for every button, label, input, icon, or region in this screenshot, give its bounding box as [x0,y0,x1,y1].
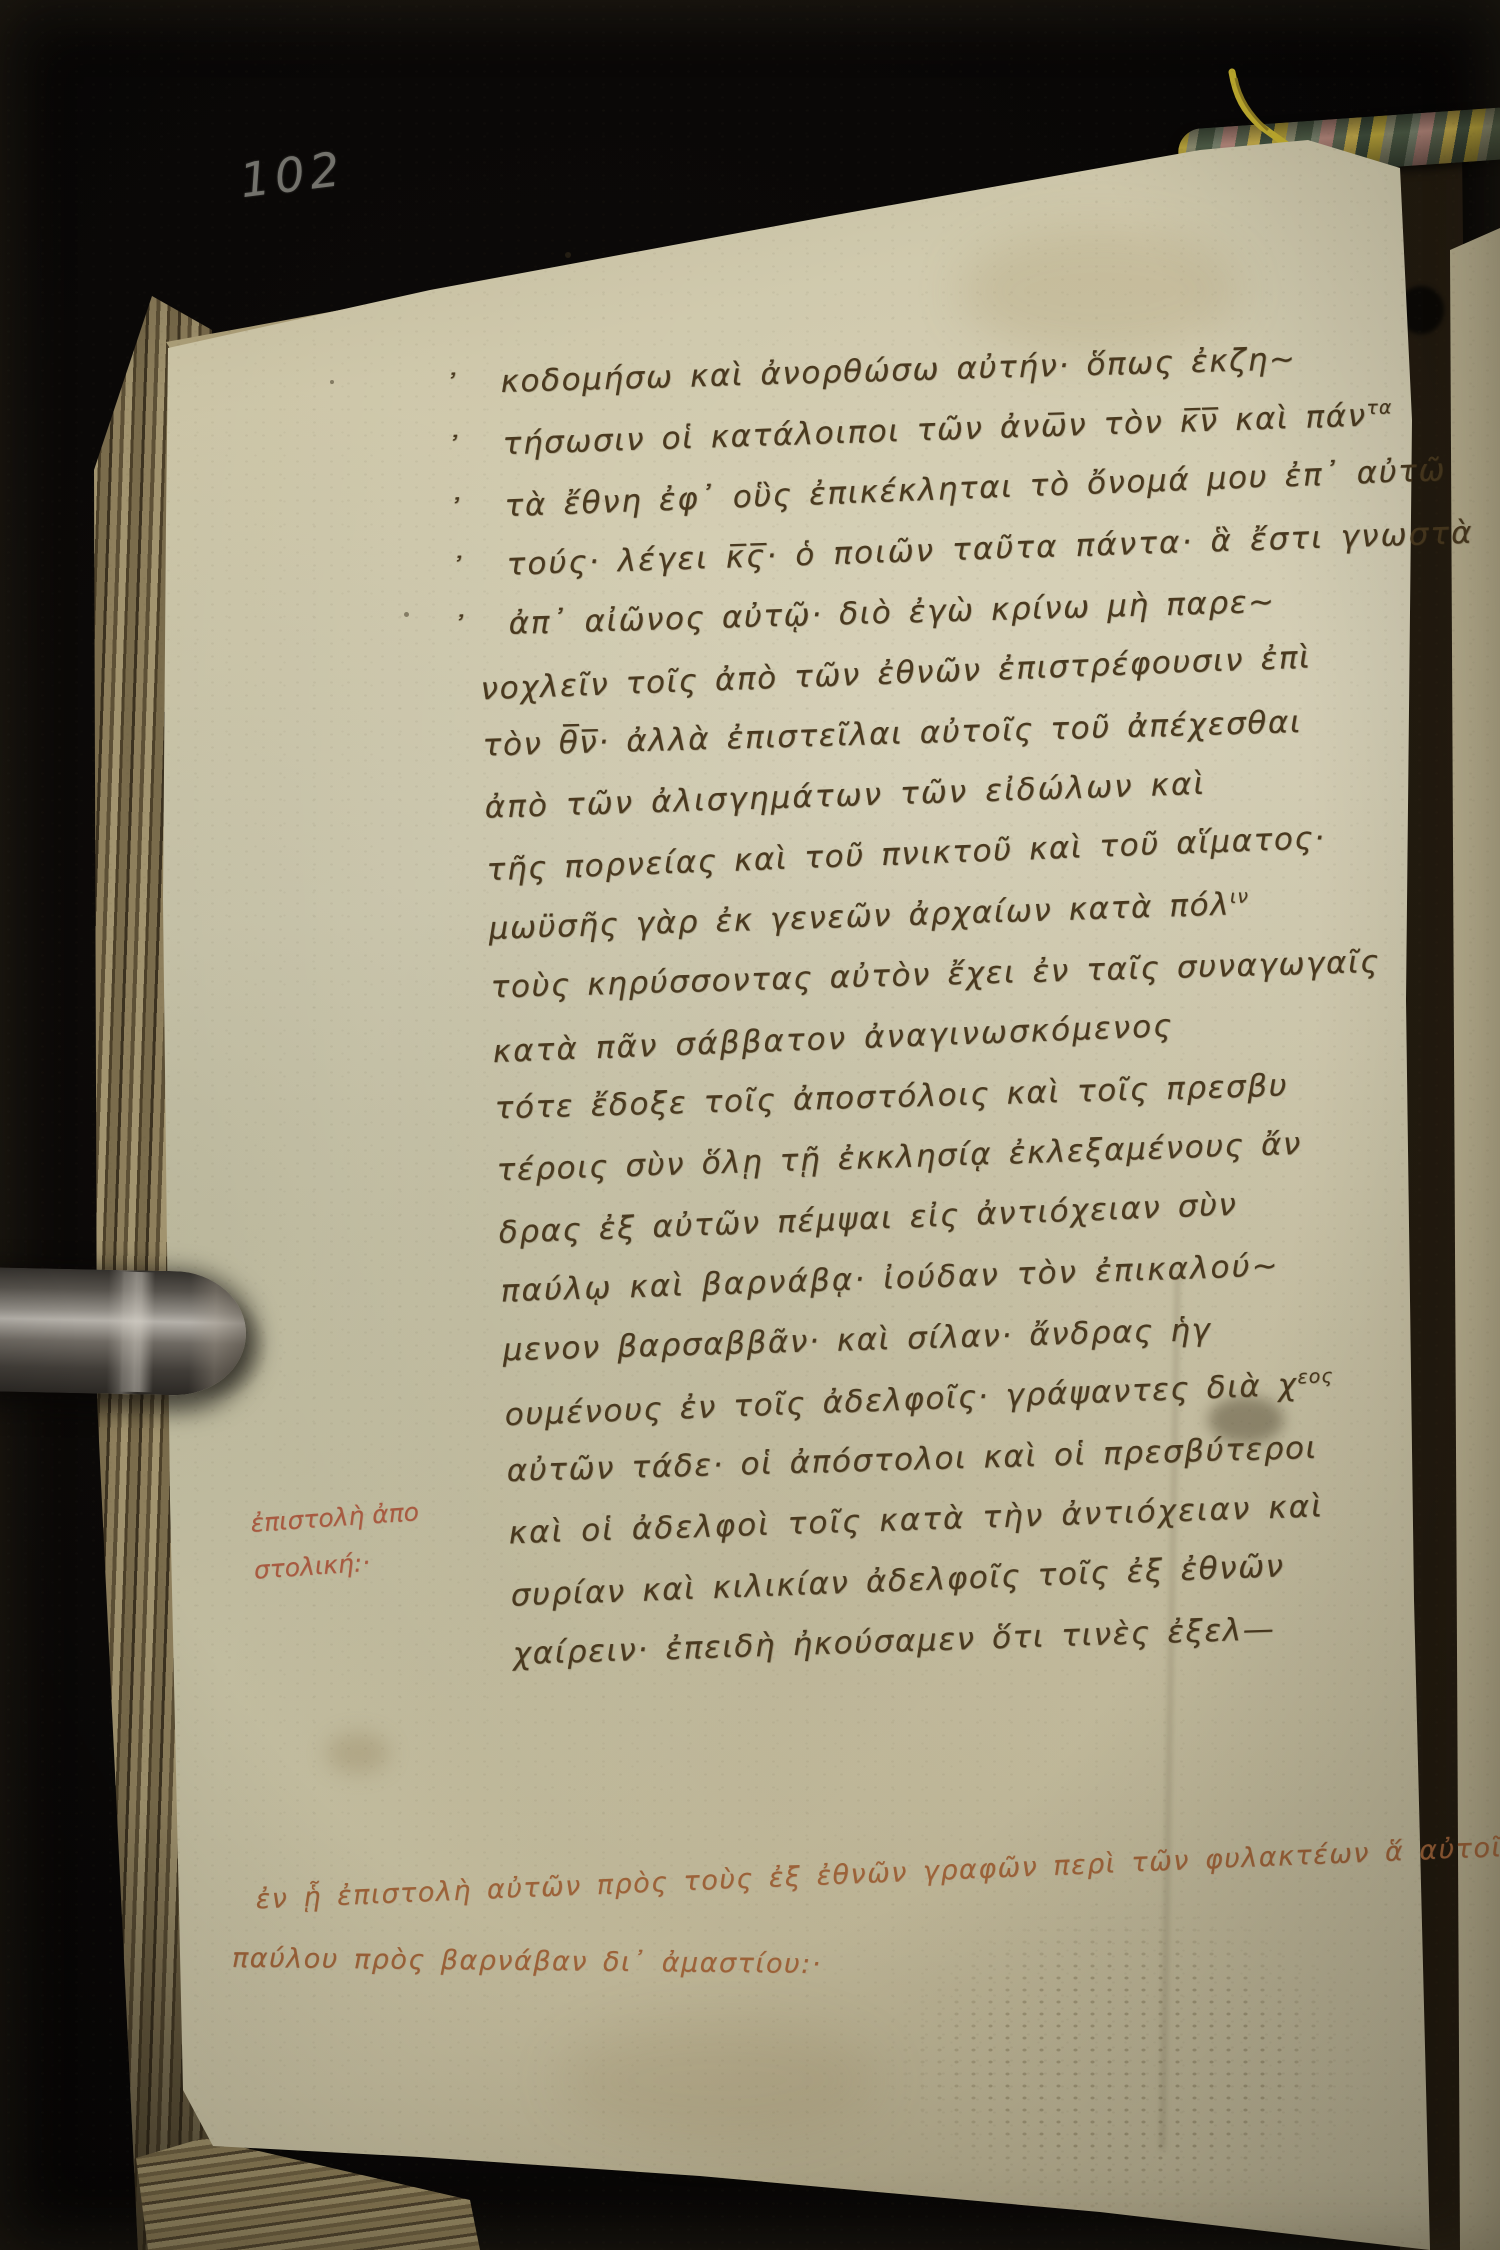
parchment-follicle-speckles [880,1900,1380,2230]
quotation-diple-mark: ᾽ [445,431,463,467]
abbreviation-superscript: τα [1366,396,1393,419]
abbreviation-superscript: εος [1297,1365,1334,1388]
glass-rod-highlight [119,1272,156,1393]
abbreviation-superscript: ιν [1229,885,1249,908]
stain [560,2020,880,2140]
ink-fleck [330,380,334,384]
quotation-diple-mark: ᾽ [449,552,467,588]
quotation-diple-mark: ᾽ [447,494,465,530]
stain [326,1732,390,1774]
manuscript-text-block: ᾽κοδομήσω καὶ ἀνορθώσω αὐτήν· ὅπως ἐκζη~… [470,334,1474,1696]
bottom-rubric-line-2: παύλου πρὸς βαρνάβαν δι᾽ ἀμαστίου:· [232,1943,822,1980]
quotation-diple-mark: ᾽ [443,369,461,404]
ink-fleck [404,612,409,617]
stain [960,226,1240,356]
ink-fleck [565,252,571,258]
marginal-rubric-note: ἐπιστολὴ ἀπο στολική:· [249,1488,424,1594]
quotation-diple-mark: ᾽ [451,611,469,646]
